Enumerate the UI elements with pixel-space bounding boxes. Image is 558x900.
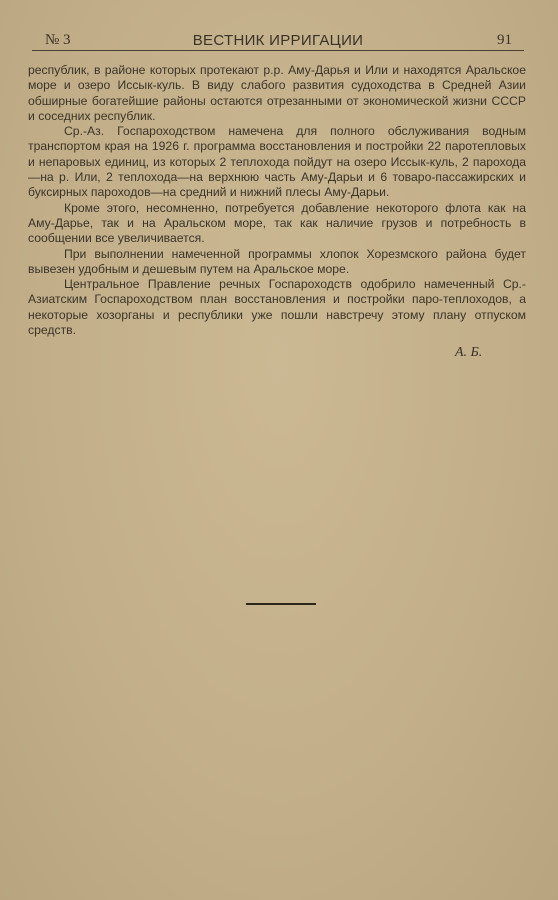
paragraph: Центральное Правление речных Госпароходс… [28,277,526,338]
journal-title: ВЕСТНИК ИРРИГАЦИИ [32,32,524,49]
section-divider [246,603,316,605]
paragraph-continuation: республик, в районе которых протекают р.… [28,63,526,124]
article-body: республик, в районе которых протекают р.… [28,63,526,338]
paragraph: Кроме этого, несомненно, потребуется доб… [28,201,526,247]
running-header: № 3 ВЕСТНИК ИРРИГАЦИИ 91 [32,30,524,51]
author-signature: А. Б. [455,345,482,361]
paragraph: Ср.-Аз. Госпароходством намечена для пол… [28,124,526,200]
page-number: 91 [497,32,512,49]
paragraph: При выполнении намеченной программы хлоп… [28,247,526,278]
